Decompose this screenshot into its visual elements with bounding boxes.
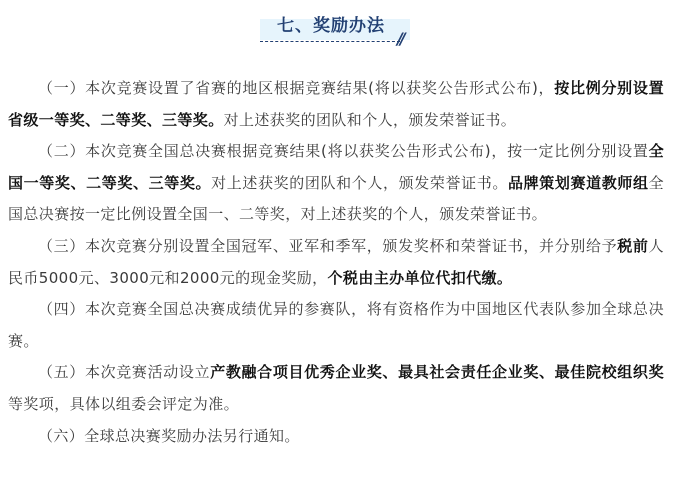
paragraph-1: （一）本次竞赛设置了省赛的地区根据竞赛结果(将以获奖公告形式公布)，按比例分别设… xyxy=(8,73,664,136)
paragraph-4: （四）本次竞赛全国总决赛成绩优异的参赛队，将有资格作为中国地区代表队参加全球总决… xyxy=(8,294,664,357)
reward-rules-body: （一）本次竞赛设置了省赛的地区根据竞赛结果(将以获奖公告形式公布)，按比例分别设… xyxy=(8,73,664,452)
paragraph-5: （五）本次竞赛活动设立产教融合项目优秀企业奖、最具社会责任企业奖、最佳院校组织奖… xyxy=(8,357,664,420)
paragraph-2: （二）本次竞赛全国总决赛根据竞赛结果(将以获奖公告形式公布)，按一定比例分别设置… xyxy=(8,136,664,231)
title-dashed-underline xyxy=(260,41,400,42)
paragraph-text: 对上述获奖的团队和个人，颁发荣誉证书。 xyxy=(224,111,517,129)
paragraph-text: （三）本次竞赛分别设置全国冠军、亚军和季军，颁发奖杯和荣誉证书，并分别给予 xyxy=(38,237,617,255)
paragraph-text: （四）本次竞赛全国总决赛成绩优异的参赛队，将有资格作为中国地区代表队参加全球总决… xyxy=(8,300,664,350)
paragraph-3: （三）本次竞赛分别设置全国冠军、亚军和季军，颁发奖杯和荣誉证书，并分别给予税前人… xyxy=(8,231,664,294)
double-slash-icon: // xyxy=(397,31,403,47)
paragraph-text: （一）本次竞赛设置了省赛的地区根据竞赛结果(将以获奖公告形式公布)， xyxy=(38,79,554,97)
paragraph-text: 等奖项，具体以组委会评定为准。 xyxy=(8,395,239,413)
bold-emphasis: 产教融合项目优秀企业奖、最具社会责任企业奖、最佳院校组织奖 xyxy=(210,363,664,381)
section-title: 七、奖励办法 xyxy=(258,12,404,40)
paragraph-text: 对上述获奖的团队和个人，颁发荣誉证书。 xyxy=(211,174,508,192)
bold-emphasis: 个税由主办单位代扣代缴。 xyxy=(328,269,513,287)
paragraph-text: （五）本次竞赛活动设立 xyxy=(38,363,210,381)
paragraph-text: （二）本次竞赛全国总决赛根据竞赛结果(将以获奖公告形式公布)，按一定比例分别设置 xyxy=(38,142,649,160)
section-title-banner: 七、奖励办法 // xyxy=(258,12,414,44)
bold-emphasis: 税前 xyxy=(617,237,648,255)
paragraph-6: （六）全球总决赛奖励办法另行通知。 xyxy=(8,421,664,453)
bold-emphasis: 品牌策划赛道教师组 xyxy=(508,174,649,192)
paragraph-text: （六）全球总决赛奖励办法另行通知。 xyxy=(38,427,300,445)
